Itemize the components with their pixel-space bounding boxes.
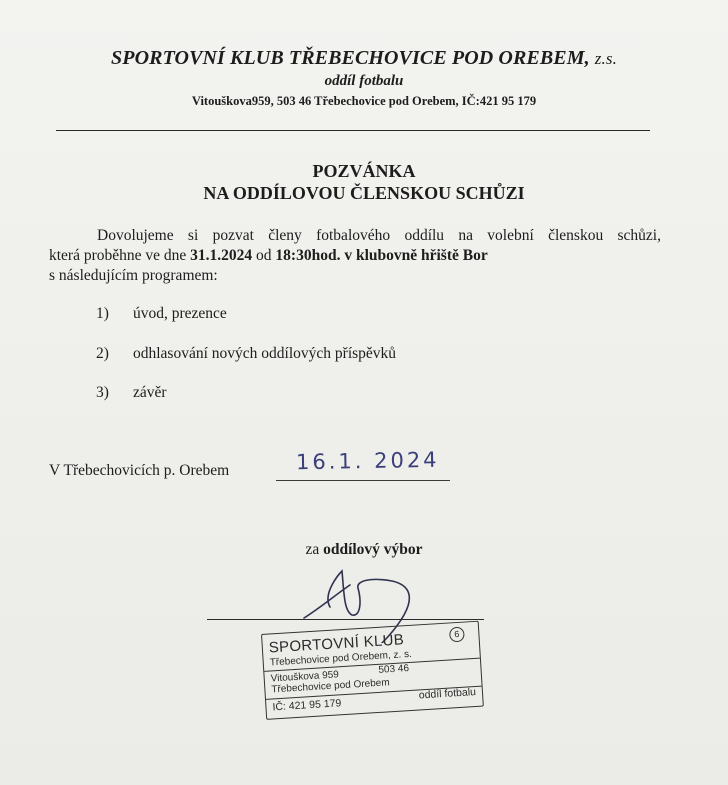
invitation-paragraph: Dovolujeme si pozvat členy fotbalového o… [49,226,661,286]
paragraph-line-2: která proběhne ve dne 31.1.2024 od 18:30… [49,246,661,266]
program-item-text: závěr [133,384,167,401]
title-line-2: NA ODDÍLOVOU ČLENSKOU SCHŮZI [0,182,728,204]
handwritten-date: 16.1. 2024 [296,448,440,475]
program-item-number: 2) [96,345,133,363]
signoff-prefix: za [305,541,323,558]
meeting-date: 31.1.2024 [190,247,252,264]
paragraph-line-1: Dovolujeme si pozvat členy fotbalového o… [49,226,661,246]
stamp-zip: 503 46 [378,663,409,676]
document-title: POZVÁNKA NA ODDÍLOVOU ČLENSKOU SCHŮZI [0,160,728,204]
club-stamp: SPORTOVNÍ KLUB 6 Třebechovice pod Orebem… [261,621,484,720]
club-name-heading: SPORTOVNÍ KLUB TŘEBECHOVICE POD OREBEM, … [0,47,728,70]
club-name: SPORTOVNÍ KLUB TŘEBECHOVICE POD OREBEM, [111,47,590,69]
program-item-number: 3) [96,384,133,402]
title-line-1: POZVÁNKA [0,160,728,182]
stamp-number: 6 [449,627,465,643]
place-label: V Třebechovicích p. Orebem [49,462,229,480]
program-item-number: 1) [96,305,133,323]
date-underline [276,480,450,481]
program-item-text: odhlasování nových oddílových příspěvků [133,345,396,362]
program-item: 3)závěr [96,384,167,402]
stamp-department: oddíl fotbalu [418,686,476,701]
document-page: SPORTOVNÍ KLUB TŘEBECHOVICE POD OREBEM, … [0,0,728,785]
legal-form: z.s. [595,49,617,68]
program-item: 2)odhlasování nových oddílových příspěvk… [96,345,396,363]
signature-line [207,619,484,620]
paragraph-line-3: s následujícím programem: [49,266,661,286]
line2-sep: . v [337,247,356,264]
meeting-time: 18:30hod [275,247,336,264]
signoff: za oddílový výbor [0,541,728,559]
line2-mid: od [252,247,275,264]
program-item: 1)úvod, prezence [96,305,227,323]
program-item-text: úvod, prezence [133,305,227,322]
club-address: Vitouškova959, 503 46 Třebechovice pod O… [0,94,728,109]
department-subtitle: oddíl fotbalu [0,73,728,90]
stamp-ic: IČ: 421 95 179 [272,697,341,713]
meeting-venue: klubovně hřiště Bor [356,247,488,264]
signoff-committee: oddílový výbor [323,541,422,558]
line2-prefix: která proběhne ve dne [49,247,190,264]
header-divider [56,130,650,131]
